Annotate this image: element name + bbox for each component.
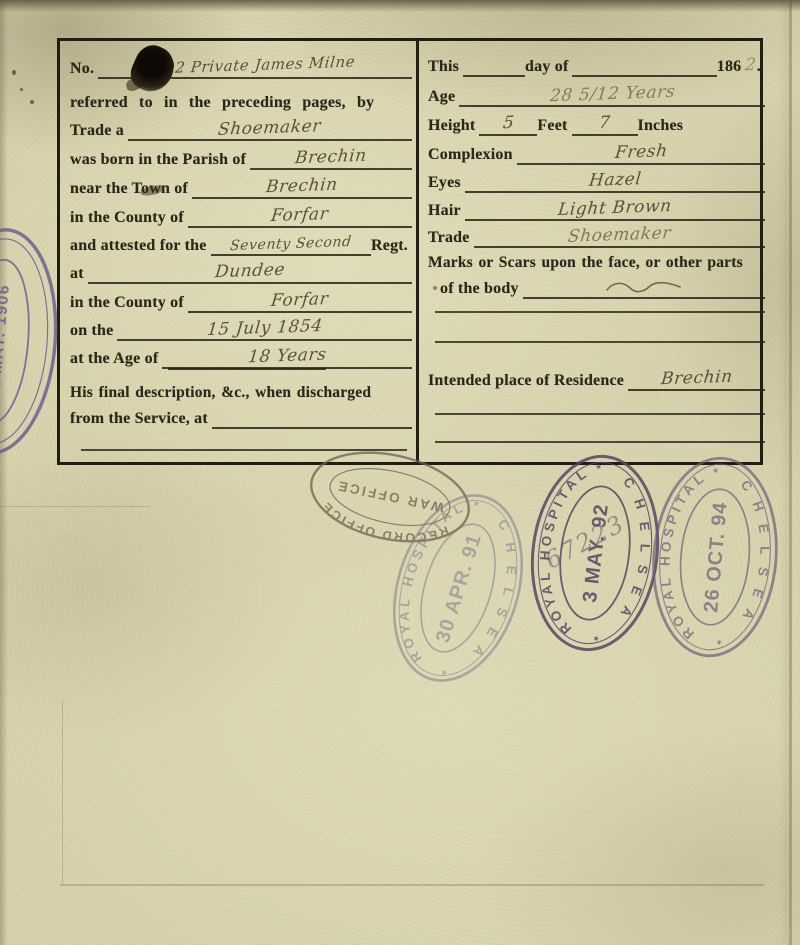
field-height: Height 5 Feet 7 Inches <box>428 110 765 136</box>
handwritten-age: 18 Years <box>247 345 328 368</box>
blank-rule <box>435 317 765 343</box>
handwritten-county: Forfar <box>270 204 329 226</box>
field-hair: Hair Light Brown <box>428 195 765 221</box>
ink-speck <box>20 88 23 91</box>
handwritten-regiment: Seventy Second <box>229 234 352 254</box>
double-underline <box>168 368 326 370</box>
field-attested-date: on the 15 July 1854 <box>70 315 412 341</box>
svg-text:*: * <box>713 633 724 649</box>
svg-text:*: * <box>437 662 451 679</box>
description-form: No. 302 Private James Milne referred to … <box>57 38 763 465</box>
printed-line-final-description: His final description, &c., when dischar… <box>70 377 412 403</box>
handwritten-hair: Light Brown <box>557 196 673 220</box>
svg-text:CHELSEA: CHELSEA <box>726 476 779 624</box>
paper-top-edge <box>0 0 800 12</box>
field-parish: was born in the Parish of Brechin <box>70 144 412 170</box>
stamp-date: 26 OCT. 94 <box>700 501 732 614</box>
svg-text:*: * <box>711 465 720 480</box>
handwritten-town: Brechin <box>265 175 339 198</box>
field-eyes: Eyes Hazel <box>428 167 765 193</box>
field-discharge-date: This day of 186 2 . <box>428 51 765 77</box>
field-attested-at: at Dundee <box>70 258 412 284</box>
field-regiment: and attested for the Seventy Second Regt… <box>70 230 412 256</box>
field-label: No. <box>70 60 98 79</box>
chelsea-stamp-1894: ROYAL HOSPITAL * CHELSEA * 26 OCT. 94 <box>636 446 794 667</box>
field-attested-age: at the Age of 18 Years <box>70 343 412 369</box>
field-residence: Intended place of Residence Brechin <box>428 365 765 391</box>
handwritten-place: Dundee <box>214 260 286 283</box>
printed-line-referred: referred to in the preceding pages, by <box>70 87 412 113</box>
stamp-date: 11 MAY. 1906 <box>0 283 13 400</box>
field-county-attested: in the County of Forfar <box>70 287 412 313</box>
handwritten-age: 28 5/12 Years <box>548 82 675 106</box>
showthrough-line-horizontal <box>60 884 764 886</box>
showthrough-line-vertical <box>62 700 63 884</box>
handwritten-feet: 5 <box>502 113 516 133</box>
field-regimental-number: No. 302 Private James Milne <box>70 53 412 79</box>
field-county-born: in the County of Forfar <box>70 202 412 228</box>
handwritten-trade: Shoemaker <box>217 116 322 140</box>
handwritten-inches: 7 <box>598 113 612 133</box>
handwritten-name: 302 Private James Milne <box>154 52 356 77</box>
column-divider <box>416 41 419 462</box>
handwritten-complexion: Fresh <box>613 141 668 163</box>
printed-line-marks: Marks or Scars upon the face, or other p… <box>428 247 765 273</box>
blank-rule <box>435 389 765 415</box>
field-town: near the Town of Brechin <box>70 173 412 199</box>
handwritten-date: 15 July 1854 <box>206 316 324 340</box>
blank-rule <box>435 287 765 313</box>
stamp-separator: * <box>711 465 720 480</box>
handwritten-residence: Brechin <box>660 367 734 390</box>
stamp-separator: * <box>471 497 483 513</box>
paper-crease <box>0 506 150 507</box>
blank-rule <box>435 417 765 443</box>
stamp-outer-ring <box>0 225 65 458</box>
handwritten-trade: Shoemaker <box>567 223 672 247</box>
stamp-separator: * <box>437 662 451 679</box>
ink-speck <box>12 70 16 75</box>
ink-speck <box>30 100 34 104</box>
handwritten-parish: Brechin <box>294 146 368 169</box>
field-complexion: Complexion Fresh <box>428 139 765 165</box>
stamp-rim-right: CHELSEA <box>726 476 779 624</box>
handwritten-eyes: Hazel <box>588 169 643 191</box>
field-trade: Trade a Shoemaker <box>70 115 412 141</box>
document-sheet: No. 302 Private James Milne referred to … <box>0 0 800 945</box>
handwritten-county: Forfar <box>270 289 329 311</box>
field-age: Age 28 5/12 Years <box>428 81 765 107</box>
svg-text:*: * <box>471 497 483 513</box>
stamp-separator: * <box>713 633 724 649</box>
field-trade: Trade Shoemaker <box>428 222 765 248</box>
paper-left-edge <box>0 0 8 945</box>
